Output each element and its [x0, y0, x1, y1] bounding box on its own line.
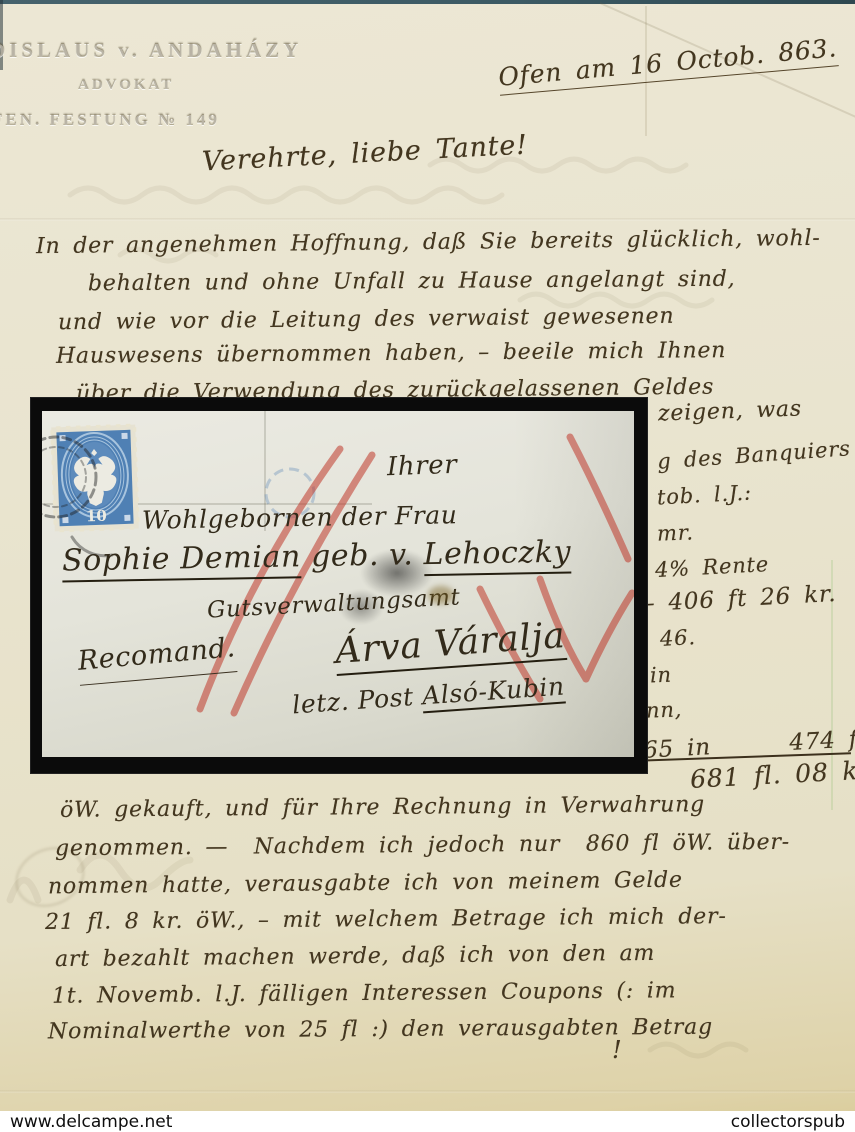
address-line-ihrer: Ihrer: [386, 450, 457, 482]
handwritten-fragment: nn,: [646, 697, 683, 722]
scan-top-edge: [0, 0, 855, 4]
handwritten-line: nommen hatte, verausgabte ich von meinem…: [48, 868, 683, 900]
handwritten-line: behalten und ohne Unfall zu Hause angela…: [88, 267, 736, 297]
handwritten-line: und wie vor die Leitung des verwaist gew…: [58, 304, 675, 335]
paper-crease: [0, 218, 855, 221]
handwritten-fragment: tob. l.J.:: [656, 481, 752, 510]
address-line-name: Sophie Demian geb. v. Lehoczky: [62, 535, 572, 579]
handwritten-line: genommen. — Nachdem ich jedoch nur 860 f…: [55, 830, 790, 861]
cover-photo-inset: 10: [30, 397, 648, 774]
handwritten-line: In der angenehmen Hoffnung, daß Sie bere…: [36, 226, 821, 259]
envelope-front: 10: [42, 411, 634, 757]
salutation: Verehrte, liebe Tante!: [201, 129, 528, 177]
paper-crease: [0, 1090, 855, 1093]
watermark-right: collectorspub: [731, 1112, 845, 1132]
postage-stamp-10kr: 10: [50, 424, 140, 533]
amount-fragment: – 406 ft 26 kr.: [642, 581, 836, 617]
addressee-name-mid: geb. v.: [301, 537, 424, 574]
handwritten-line: öW. gekauft, und für Ihre Rechnung in Ve…: [60, 792, 705, 823]
addressee-maiden-name: Lehoczky: [423, 535, 571, 577]
letter-scan: DISLAUS v. ANDAHÁZY ADVOKAT FEN. FESTUNG…: [0, 0, 855, 1132]
watermark-strip: www.delcampe.net collectorspub: [0, 1111, 855, 1132]
handwritten-line: 1t. Novemb. l.J. fälligen Interessen Cou…: [52, 978, 677, 1008]
handwritten-fragment: g des Banquiers: [656, 436, 851, 473]
letterhead-address: FEN. FESTUNG № 149: [0, 110, 302, 130]
last-post-prefix: letz. Post: [291, 681, 423, 719]
recommandirt-note: Recomand.: [77, 632, 238, 686]
letterhead-title: ADVOKAT: [78, 77, 302, 94]
address-line-office: Gutsverwaltungsamt: [206, 584, 461, 623]
handwritten-line: art bezahlt machen werde, daß ich von de…: [55, 941, 655, 972]
watermark-left: www.delcampe.net: [10, 1112, 172, 1132]
letterhead: DISLAUS v. ANDAHÁZY ADVOKAT FEN. FESTUNG…: [0, 38, 302, 130]
end-mark: !: [612, 1036, 622, 1064]
handwritten-line: Hauswesens übernommen haben, – beeile mi…: [56, 338, 726, 369]
letterhead-name: DISLAUS v. ANDAHÁZY: [0, 38, 302, 63]
handwritten-fragment: zeigen, was: [658, 396, 803, 426]
handwritten-fragment: 4% Rente: [654, 552, 769, 582]
address-line-wohlgeboren: Wohlgebornen der Frau: [142, 500, 458, 535]
addressee-name: Sophie Demian: [62, 539, 302, 582]
handwritten-fragment: mr.: [657, 520, 695, 545]
handwritten-line: 21 fl. 8 kr. öW., – mit welchem Betrage …: [45, 904, 727, 935]
stain: [428, 586, 454, 604]
handwritten-fragment: 46.: [659, 625, 696, 651]
handwritten-fragment: in: [650, 663, 673, 688]
stamp-value: 10: [86, 507, 107, 526]
